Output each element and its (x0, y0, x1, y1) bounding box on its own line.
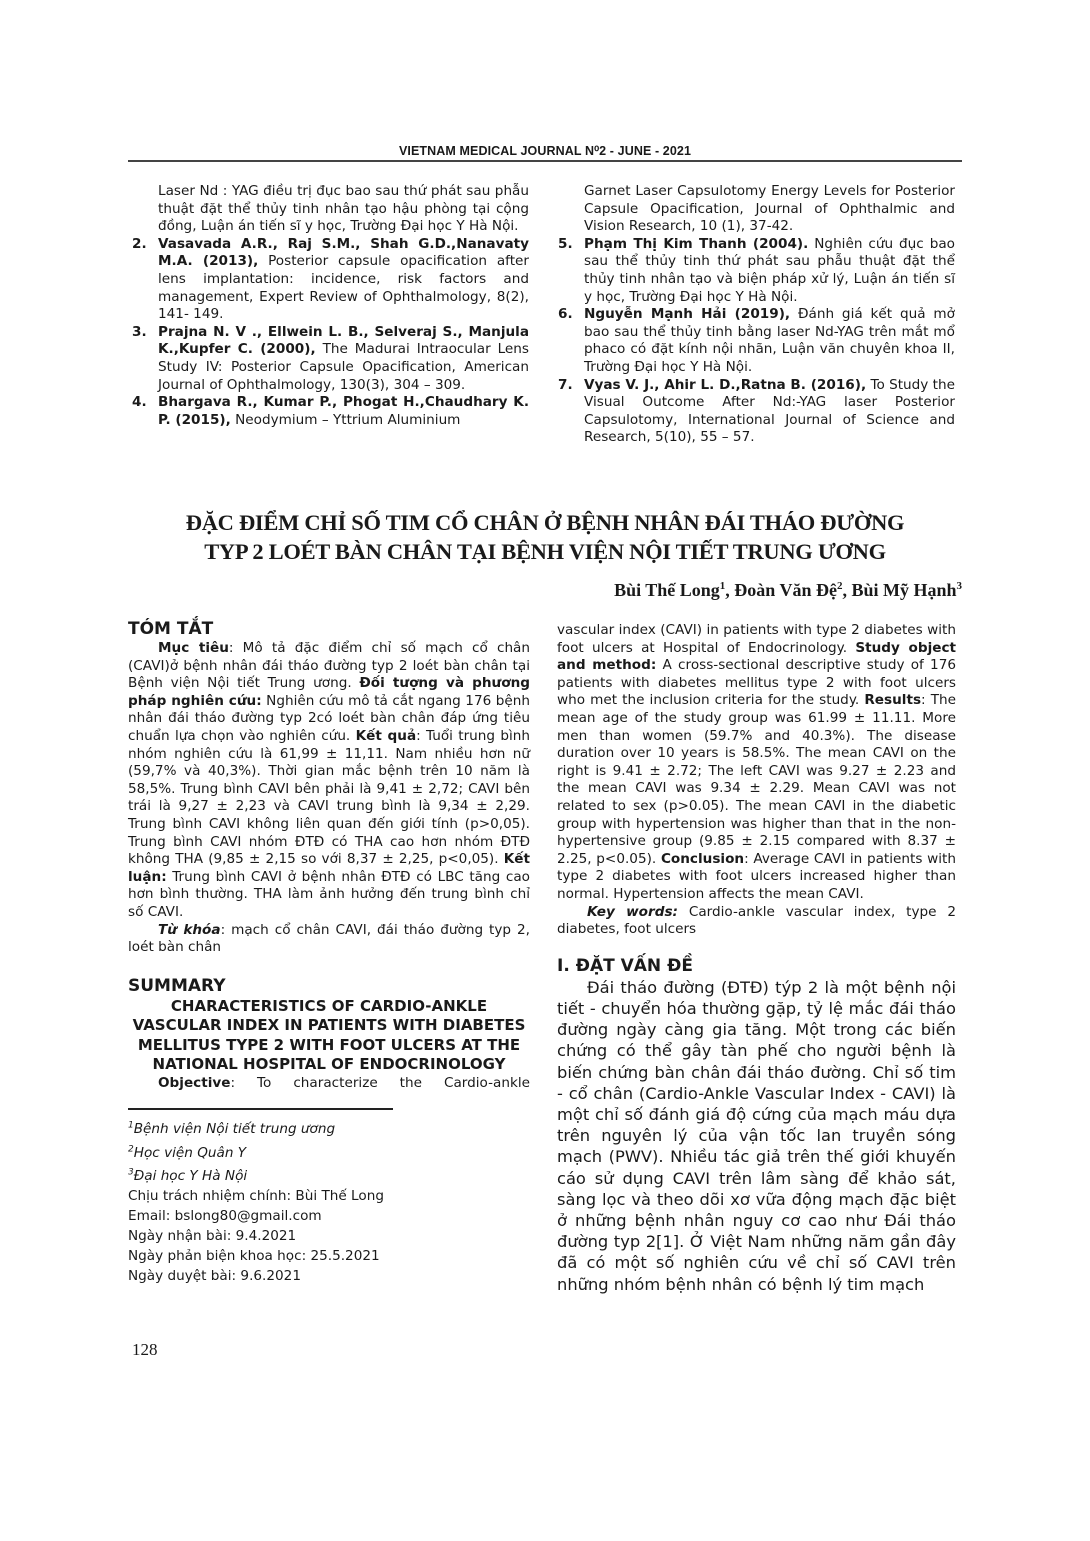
affiliation: 3Đại học Y Hà Nội (128, 1163, 530, 1187)
footnotes: 1Bệnh viện Nội tiết trung ương 2Học viện… (128, 1108, 530, 1286)
affiliation: 2Học viện Quân Y (128, 1139, 530, 1163)
reference-item: 4.Bhargava R., Kumar P., Phogat H.,Chaud… (128, 394, 529, 429)
summary-heading: SUMMARY (128, 975, 530, 997)
corresponding-author: Chịu trách nhiệm chính: Bùi Thế Long (128, 1186, 530, 1206)
reference-authors: Phạm Thị Kim Thanh (2004). (584, 236, 808, 252)
introduction-paragraph: Đái tháo đường (ĐTĐ) týp 2 là một bệnh n… (557, 977, 956, 1295)
summary-objective-start: Objective: To characterize the Cardio-an… (128, 1075, 530, 1093)
right-column: vascular index (CAVI) in patients with t… (557, 622, 956, 1295)
reference-continuation: Garnet Laser Capsulotomy Energy Levels f… (554, 183, 955, 236)
date-accepted: Ngày duyệt bài: 9.6.2021 (128, 1266, 530, 1286)
footnote-rule (128, 1108, 393, 1110)
email: Email: bslong80@gmail.com (128, 1206, 530, 1226)
author-name: Đoàn Văn Đệ (734, 580, 837, 600)
summary-title: CHARACTERISTICS OF CARDIO-ANKLE VASCULAR… (128, 997, 530, 1075)
author-name: Bùi Mỹ Hạnh (851, 580, 956, 600)
reference-item: 2.Vasavada A.R., Raj S.M., Shah G.D.,Nan… (128, 236, 529, 324)
article-title: ĐẶC ĐIỂM CHỈ SỐ TIM CỔ CHÂN Ở BỆNH NHÂN … (128, 508, 962, 566)
keywords-en: Key words: Cardio-ankle vascular index, … (557, 904, 956, 939)
reference-item: 5.Phạm Thị Kim Thanh (2004). Nghiên cứu … (554, 236, 955, 306)
abstract-heading: TÓM TẮT (128, 618, 530, 640)
left-column: TÓM TẮT Mục tiêu: Mô tả đặc điểm chỉ số … (128, 618, 530, 1286)
affiliation: 1Bệnh viện Nội tiết trung ương (128, 1116, 530, 1140)
reference-item: 6.Nguyễn Mạnh Hải (2019), Đánh giá kết q… (554, 306, 955, 376)
reference-continuation: Laser Nd : YAG điều trị đục bao sau thứ … (128, 183, 529, 236)
abstract-vi-body: Mục tiêu: Mô tả đặc điểm chỉ số mạch cổ … (128, 640, 530, 922)
article-authors: Bùi Thế Long1, Đoàn Văn Đệ2, Bùi Mỹ Hạnh… (614, 580, 962, 601)
header-rule (128, 160, 962, 162)
journal-header: VIETNAM MEDICAL JOURNAL N⁰2 - JUNE - 202… (128, 143, 962, 158)
reference-authors: Nguyễn Mạnh Hải (2019), (584, 306, 790, 322)
reference-item: 7.Vyas V. J., Ahir L. D.,Ratna B. (2016)… (554, 377, 955, 447)
references-right: Garnet Laser Capsulotomy Energy Levels f… (554, 183, 955, 447)
page-number: 128 (132, 1340, 158, 1360)
references-left: Laser Nd : YAG điều trị đục bao sau thứ … (128, 183, 529, 429)
author-name: Bùi Thế Long (614, 580, 720, 600)
summary-en-body: vascular index (CAVI) in patients with t… (557, 622, 956, 904)
keywords-vi: Từ khóa: mạch cổ chân CAVI, đái tháo đườ… (128, 922, 530, 957)
date-reviewed: Ngày phản biện khoa học: 25.5.2021 (128, 1246, 530, 1266)
reference-item: 3.Prajna N. V ., Ellwein L. B., Selveraj… (128, 324, 529, 394)
introduction-heading: I. ĐẶT VẤN ĐỀ (557, 955, 956, 977)
reference-authors: Vyas V. J., Ahir L. D.,Ratna B. (2016), (584, 377, 866, 393)
date-received: Ngày nhận bài: 9.4.2021 (128, 1226, 530, 1246)
